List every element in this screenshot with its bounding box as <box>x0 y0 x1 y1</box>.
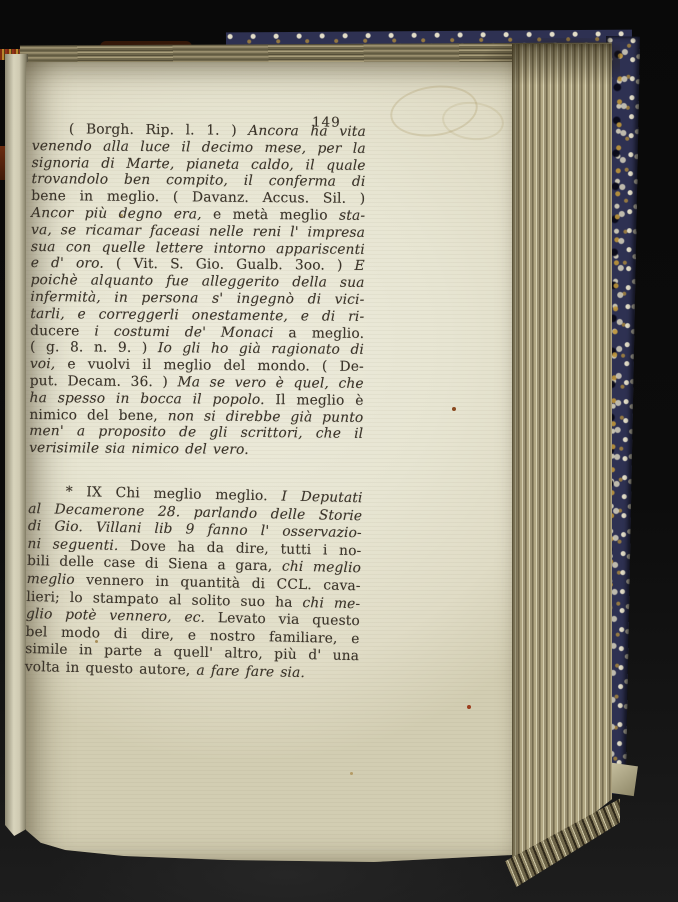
roman-text-segment: bene in meglio. ( Davanz. Accus. Sil. ) <box>31 188 365 207</box>
italic-text-segment: sua con quelle lettere intorno apparisce… <box>31 239 365 258</box>
italic-text-segment: I Deputati <box>281 488 362 506</box>
roman-text-segment: put. Decam. 36. ) <box>30 373 178 390</box>
italic-text-segment: Ancora ha vita <box>248 123 366 140</box>
roman-text-segment: volta in questo autore, <box>25 659 197 679</box>
italic-text-segment: trovandolo ben compito, il conferma di <box>31 171 365 190</box>
italic-text-segment: a fare fare sia. <box>196 663 305 681</box>
roman-text-segment: e vuolvi il meglio del mondo. ( De- <box>67 356 364 375</box>
paragraph: * IX Chi meglio meglio. I Deputatial Dec… <box>25 483 363 684</box>
roman-text-segment: ( Vit. S. Gio. Gualb. 3oo. ) <box>116 256 355 274</box>
italic-text-segment: ni seguenti. <box>27 536 130 554</box>
roman-text-segment: ( g. 8. n. 9. ) <box>30 339 158 356</box>
text-line: verisimile sia nimico del vero. <box>29 440 363 460</box>
italic-text-segment: tarli, e correggerli onestamente, e di r… <box>30 306 364 325</box>
italic-text-segment: signoria di Marte, pianeta caldo, il qua… <box>32 155 366 174</box>
italic-text-segment: men' a proposito de gli scrittori, che i… <box>29 423 363 442</box>
italic-text-segment: sta- <box>339 208 365 224</box>
italic-text-segment: verisimile sia nimico del vero. <box>29 440 249 458</box>
foxing-dot <box>350 772 353 775</box>
italic-text-segment: Ma se vero è quel, che <box>177 374 363 392</box>
italic-text-segment: poichè alquanto fue alleggerito della su… <box>31 272 365 291</box>
italic-text-segment: E <box>354 258 364 274</box>
italic-text-segment: venendo alla luce il decimo mese, per la <box>32 138 366 157</box>
italic-text-segment: Ancor più degno era, <box>31 205 213 223</box>
italic-text-segment: ha spesso in bocca il popolo. <box>30 390 276 408</box>
foxing-dot <box>467 705 471 709</box>
italic-text-segment: i costumi de' Monaci <box>94 323 288 341</box>
italic-text-segment: infermità, in persona s' ingegnò di vici… <box>30 289 364 308</box>
roman-text-segment: a meglio. <box>288 325 364 342</box>
roman-text-segment: ducere <box>30 323 94 340</box>
fore-edge-page-stack <box>512 44 612 872</box>
text-block: 149 ( Borgh. Rip. l. 1. ) Ancora ha vita… <box>27 121 366 679</box>
roman-text-segment: ( Borgh. Rip. l. 1. ) <box>69 121 249 139</box>
photo-stage: 149 ( Borgh. Rip. l. 1. ) Ancora ha vita… <box>0 0 678 902</box>
roman-text-segment: Il meglio è <box>275 392 363 409</box>
italic-text-segment: e d' oro. <box>31 255 116 272</box>
italic-text-segment: chi me- <box>302 594 360 611</box>
facing-page-edge <box>5 54 28 836</box>
italic-text-segment: chi meglio <box>282 559 361 577</box>
italic-text-segment: glio potè vennero, ec. <box>26 606 218 626</box>
italic-text-segment: va, se ricamar faceasi nelle reni l' imp… <box>31 222 365 241</box>
foxing-dot <box>452 407 456 411</box>
roman-text-segment: nimico del bene, <box>29 407 167 424</box>
italic-text-segment: non si direbbe già punto <box>168 408 364 426</box>
roman-text-segment: e metà meglio <box>213 207 339 224</box>
italic-text-segment: meglio <box>27 571 87 588</box>
italic-text-segment: voi, <box>30 356 68 372</box>
italic-text-segment: Io gli ho già ragionato di <box>158 340 364 358</box>
paragraph: ( Borgh. Rip. l. 1. ) Ancora ha vitavene… <box>29 121 366 460</box>
roman-text-segment: Levato via questo <box>218 610 360 629</box>
